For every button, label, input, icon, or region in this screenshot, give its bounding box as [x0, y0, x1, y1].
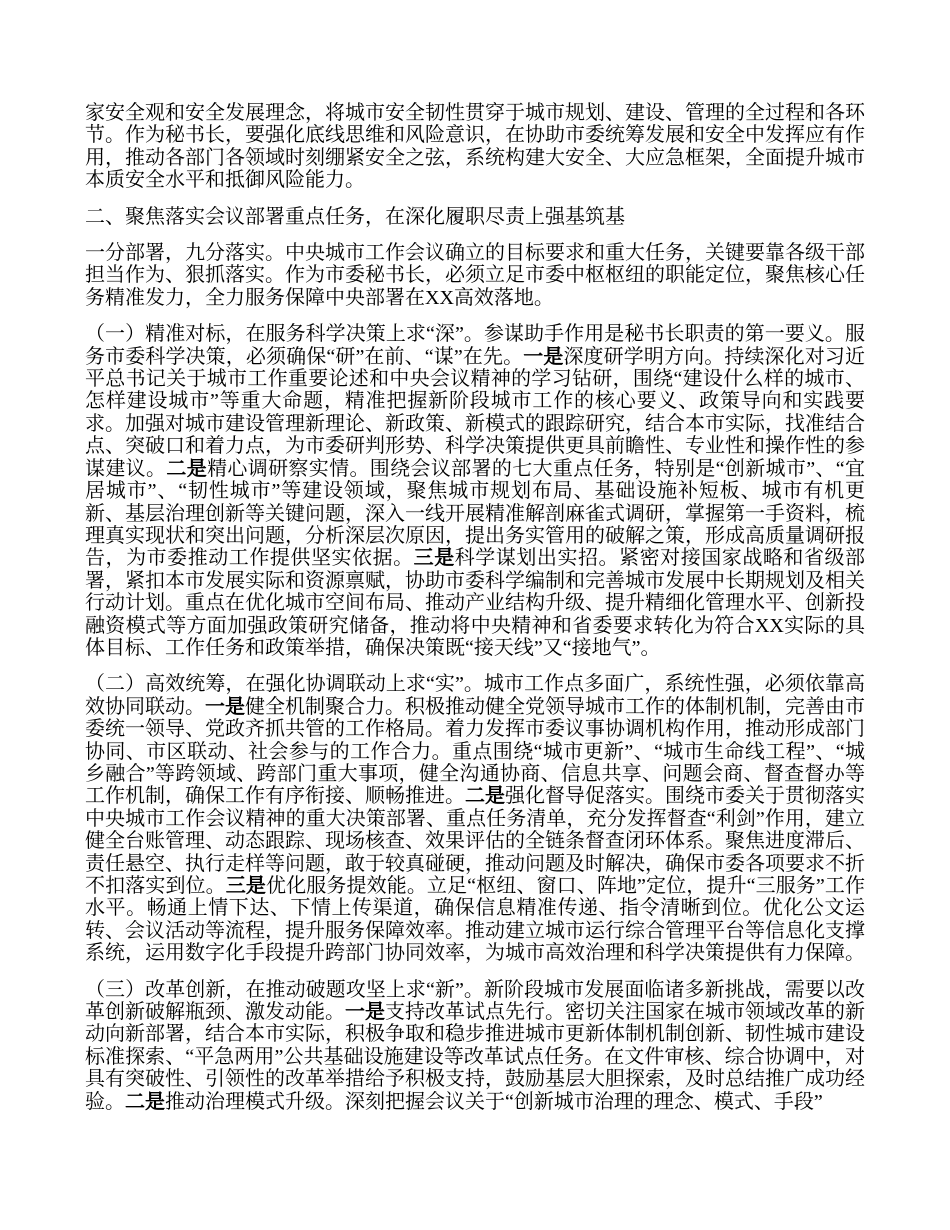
document-body: 家安全观和安全发展理念，将城市安全韧性贯穿于城市规划、建设、管理的全过程和各环节… — [85, 102, 865, 1113]
bold-lead-run: 一是 — [523, 346, 563, 368]
bold-lead-run: 一是 — [205, 696, 245, 718]
bold-lead-run: 二是 — [465, 785, 505, 807]
bold-lead-run: 二是 — [166, 458, 207, 480]
bold-lead-run: 三是 — [226, 875, 266, 897]
document-page: 家安全观和安全发展理念，将城市安全韧性贯穿于城市规划、建设、管理的全过程和各环节… — [0, 0, 950, 1230]
body-paragraph: （二）高效统筹，在强化协调联动上求“实”。城市工作点多面广，系统性强，必须依靠高… — [85, 673, 865, 964]
body-paragraph: 一分部署，九分落实。中央城市工作会议确立的目标要求和重大任务，关键要靠各级干部担… — [85, 242, 865, 309]
body-paragraph: 家安全观和安全发展理念，将城市安全韧性贯穿于城市规划、建设、管理的全过程和各环节… — [85, 102, 865, 192]
section-heading: 二、聚焦落实会议部署重点任务，在深化履职尽责上强基筑基 — [85, 206, 865, 228]
text-run: 推动治理模式升级。深刻把握会议关于“创新城市治理的理念、模式、手段” — [165, 1091, 823, 1113]
text-run: 二、聚焦落实会议部署重点任务，在深化履职尽责上强基筑基 — [85, 206, 625, 228]
bold-lead-run: 二是 — [125, 1091, 165, 1113]
bold-lead-run: 一是 — [345, 1001, 385, 1023]
body-paragraph: （一）精准对标，在服务科学决策上求“深”。参谋助手作用是秘书长职责的第一要义。服… — [85, 323, 865, 659]
body-paragraph: （三）改革创新，在推动破题攻坚上求“新”。新阶段城市发展面临诸多新挑战，需要以改… — [85, 979, 865, 1113]
text-run: 一分部署，九分落实。中央城市工作会议确立的目标要求和重大任务，关键要靠各级干部担… — [85, 242, 865, 309]
bold-lead-run: 三是 — [414, 547, 455, 569]
text-run: 家安全观和安全发展理念，将城市安全韧性贯穿于城市规划、建设、管理的全过程和各环节… — [85, 102, 865, 191]
